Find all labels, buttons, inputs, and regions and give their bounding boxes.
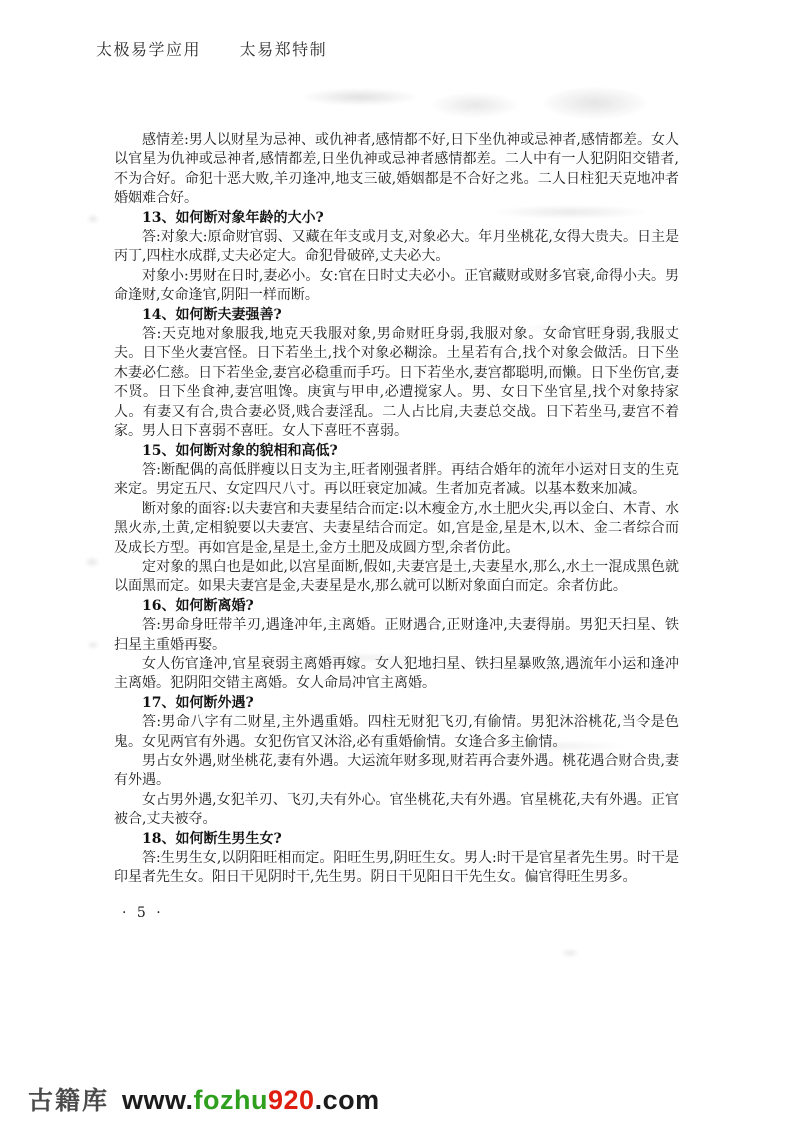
section-heading: 18、如何断生男生女?: [114, 830, 679, 849]
paragraph: 答:男命身旺带羊刃,遇逢冲年,主离婚。正财遇合,正财逢冲,夫妻得崩。男犯天扫星、…: [114, 616, 679, 655]
url-domain-green: fozhu: [194, 1085, 268, 1115]
header-edition-title: 太易郑特制: [240, 40, 328, 59]
url-www: www.: [122, 1085, 194, 1115]
watermark-site-url: www.fozhu920.com: [122, 1085, 380, 1116]
section-heading: 15、如何断对象的貌相和高低?: [114, 442, 679, 461]
paragraph: 断对象的面容:以夫妻宫和夫妻星结合而定:以木瘦金方,水土肥火尖,再以金白、木青、…: [114, 500, 679, 558]
scan-smudge: [84, 556, 100, 568]
scan-smudge: [560, 948, 580, 958]
scan-smudge: [300, 88, 420, 106]
paragraph: 感情差:男人以财星为忌神、或仇神者,感情都不好,日下坐仇神或忌神者,感情都差。女…: [114, 131, 679, 209]
page-number: · 5 ·: [122, 905, 164, 921]
scan-smudge: [86, 214, 100, 224]
paragraph: 答:对象大:原命财官弱、又藏在年支或月支,对象必大。年月坐桃花,女得大贵夫。日主…: [114, 228, 679, 267]
paragraph: 答:男命八字有二财星,主外遇重婚。四柱无财犯飞刃,有偷情。男犯沐浴桃花,当令是色…: [114, 713, 679, 752]
paragraph: 答:断配偶的高低胖瘦以日支为主,旺者刚强者胖。再结合婚年的流年小运对日支的生克来…: [114, 461, 679, 500]
paragraph: 答:天克地对象服我,地克天我服对象,男命财旺身弱,我服对象。女命官旺身弱,我服丈…: [114, 325, 679, 441]
scanned-book-page: 太极易学应用 太易郑特制 感情差:男人以财星为忌神、或仇神者,感情都不好,日下坐…: [0, 0, 793, 1122]
paragraph: 男占女外遇,财坐桃花,妻有外遇。大运流年财多现,财若再合妻外遇。桃花遇合财合贵,…: [114, 752, 679, 791]
scan-smudge: [540, 86, 650, 120]
document-body: 感情差:男人以财星为忌神、或仇神者,感情都不好,日下坐仇神或忌神者,感情都差。女…: [114, 131, 679, 888]
section-heading: 14、如何断夫妻强善?: [114, 306, 679, 325]
scan-smudge: [430, 92, 520, 118]
section-heading: 17、如何断外遇?: [114, 694, 679, 713]
watermark-footer: 古籍库 www.fozhu920.com: [28, 1081, 380, 1117]
paragraph: 定对象的黑白也是如此,以宫星面断,假如,夫妻宫是土,夫妻星水,那么,水土一混成黑…: [114, 558, 679, 597]
url-tld: .com: [315, 1085, 380, 1115]
paragraph: 对象小:男财在日时,妻必小。女:官在日时丈夫必小。正官藏财或财多官衰,命得小夫。…: [114, 267, 679, 306]
url-domain-red: 920: [268, 1085, 315, 1115]
paragraph: 女占男外遇,女犯羊刃、飞刃,夫有外心。官坐桃花,夫有外遇。官星桃花,夫有外遇。正…: [114, 791, 679, 830]
section-heading: 13、如何断对象年龄的大小?: [114, 209, 679, 228]
scan-smudge: [86, 640, 100, 650]
page-header: 太极易学应用 太易郑特制: [96, 37, 327, 60]
paragraph: 女人伤官逢冲,官星衰弱主离婚再嫁。女人犯地扫星、铁扫星暴败煞,遇流年小运和逢冲主…: [114, 655, 679, 694]
paragraph: 答:生男生女,以阴阳旺相而定。阳旺生男,阴旺生女。男人:时干是官星者先生男。时干…: [114, 849, 679, 888]
watermark-site-name: 古籍库: [28, 1081, 109, 1117]
header-series-title: 太极易学应用: [96, 40, 201, 59]
section-heading: 16、如何断离婚?: [114, 597, 679, 616]
